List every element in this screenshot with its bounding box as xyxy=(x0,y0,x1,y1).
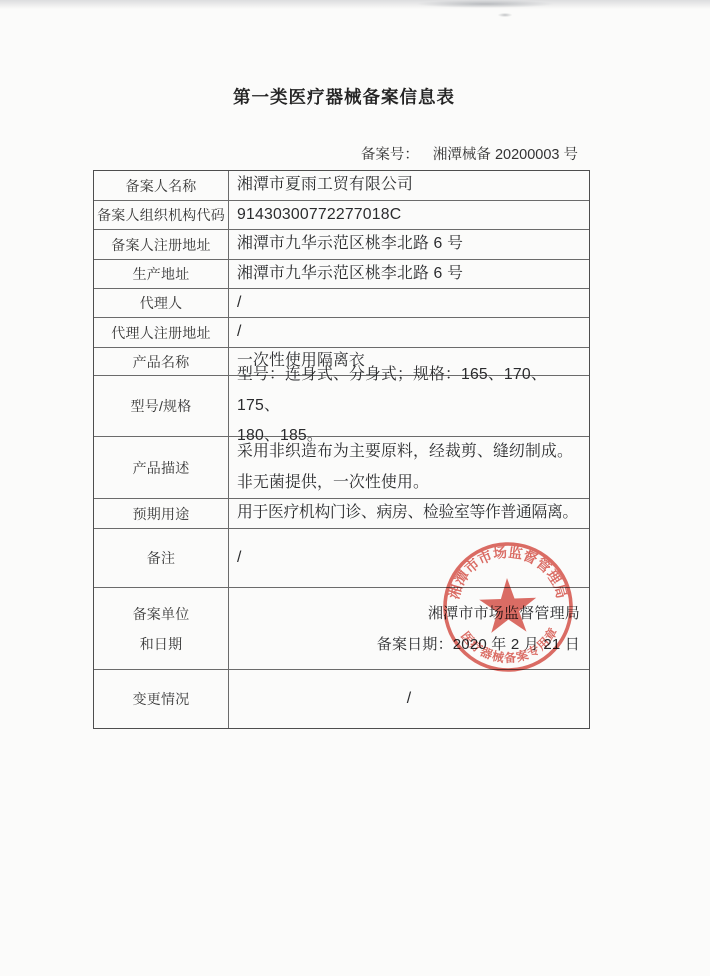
row-value: 型号：连身式、分身式；规格：165、170、175、 180、185。 xyxy=(229,376,589,436)
row-label: 代理人注册地址 xyxy=(94,318,229,347)
row-label: 备案单位 和日期 xyxy=(94,588,229,669)
table-row-filing-authority-date: 备案单位 和日期 湘潭市市场监督管理局 备案日期：2020 年 2 月 21 日 xyxy=(94,587,589,669)
row-value: 采用非织造布为主要原料，经裁剪、缝纫制成。 非无菌提供，一次性使用。 xyxy=(229,437,589,498)
row-label: 备案人注册地址 xyxy=(94,230,229,259)
row-label: 备案人组织机构代码 xyxy=(94,201,229,229)
filing-number: 备案号：湘潭械备 20200003 号 xyxy=(361,143,578,164)
row-value: 湘潭市夏雨工贸有限公司 xyxy=(229,171,589,200)
row-value: 湘潭市市场监督管理局 备案日期：2020 年 2 月 21 日 xyxy=(229,588,589,669)
filing-info-table: 备案人名称 湘潭市夏雨工贸有限公司 备案人组织机构代码 914303007722… xyxy=(93,170,590,729)
scan-smudge-artifact xyxy=(415,0,555,8)
row-label: 代理人 xyxy=(94,289,229,317)
table-row-intended-use: 预期用途 用于医疗机构门诊、病房、检验室等作普通隔离。 xyxy=(94,498,589,528)
scan-speck-artifact xyxy=(498,13,512,17)
table-row-model-spec: 型号/规格 型号：连身式、分身式；规格：165、170、175、 180、185… xyxy=(94,375,589,436)
row-label: 预期用途 xyxy=(94,499,229,528)
row-label: 产品描述 xyxy=(94,437,229,498)
filing-number-value: 湘潭械备 20200003 号 xyxy=(433,147,578,163)
row-label: 型号/规格 xyxy=(94,376,229,436)
table-row-product-description: 产品描述 采用非织造布为主要原料，经裁剪、缝纫制成。 非无菌提供，一次性使用。 xyxy=(94,436,589,498)
table-row-production-address: 生产地址 湘潭市九华示范区桃李北路 6 号 xyxy=(94,259,589,288)
row-value: 湘潭市九华示范区桃李北路 6 号 xyxy=(229,230,589,259)
table-row-agent-address: 代理人注册地址 / xyxy=(94,317,589,347)
row-label: 备案人名称 xyxy=(94,171,229,200)
table-row-remarks: 备注 / xyxy=(94,528,589,587)
scan-edge-artifact xyxy=(0,0,710,9)
row-label: 备注 xyxy=(94,529,229,587)
row-value: / xyxy=(229,289,589,317)
row-value: / xyxy=(229,529,589,587)
table-row-agent: 代理人 / xyxy=(94,288,589,317)
row-value: 湘潭市九华示范区桃李北路 6 号 xyxy=(229,260,589,288)
row-label: 生产地址 xyxy=(94,260,229,288)
row-label: 变更情况 xyxy=(94,670,229,728)
page-title: 第一类医疗器械备案信息表 xyxy=(0,84,699,109)
row-label: 产品名称 xyxy=(94,348,229,375)
table-row-registered-address: 备案人注册地址 湘潭市九华示范区桃李北路 6 号 xyxy=(94,229,589,259)
table-row-registrant-name: 备案人名称 湘潭市夏雨工贸有限公司 xyxy=(94,171,589,200)
row-value: 91430300772277018C xyxy=(229,201,589,229)
table-row-change-status: 变更情况 / xyxy=(94,669,589,728)
row-value: / xyxy=(229,670,589,728)
table-row-org-code: 备案人组织机构代码 91430300772277018C xyxy=(94,200,589,229)
row-value: / xyxy=(229,318,589,347)
filing-number-label: 备案号： xyxy=(361,147,419,163)
row-value: 用于医疗机构门诊、病房、检验室等作普通隔离。 xyxy=(229,499,589,528)
